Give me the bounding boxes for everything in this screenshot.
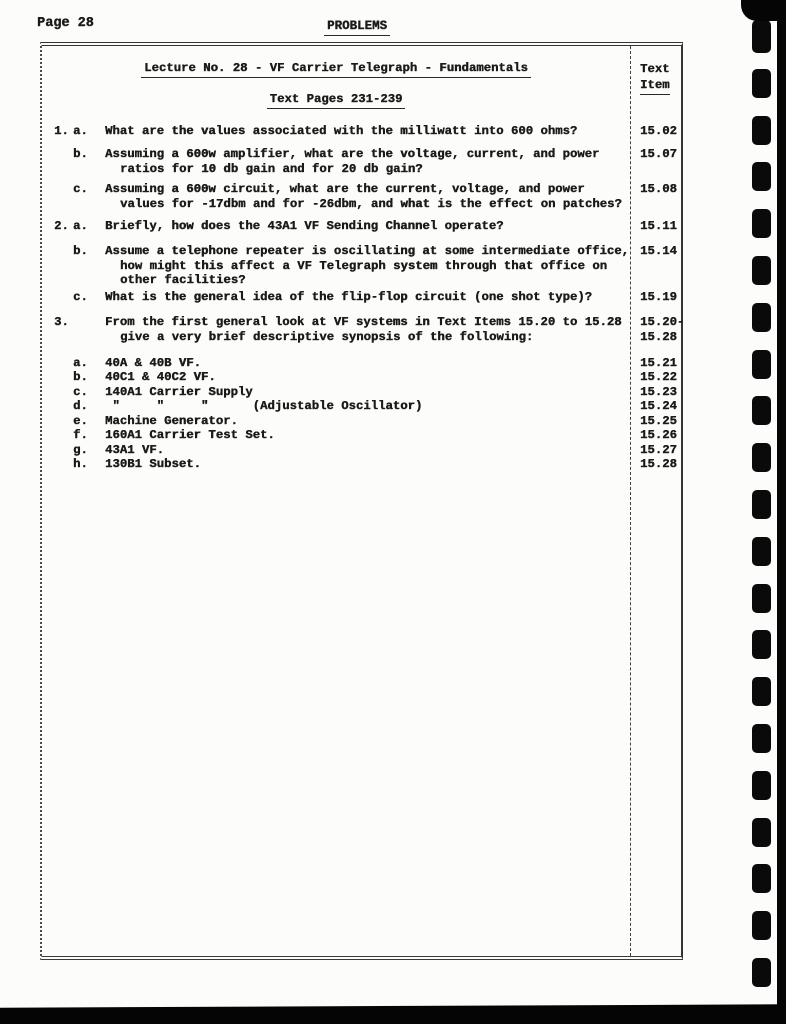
binding-hole <box>752 537 771 566</box>
problem-row-1c-cont: values for -17dbm and for -26dbm, and wh… <box>42 197 681 212</box>
question-text: Assume a telephone repeater is oscillati… <box>105 244 629 259</box>
binding-hole <box>752 818 771 847</box>
question-text: 40A & 40B VF. <box>105 356 201 371</box>
problem-row-3e: e.Machine Generator.15.25 <box>42 414 681 429</box>
question-text: give a very brief descriptive synopsis o… <box>120 330 533 345</box>
problem-row-1c: c.Assuming a 600w circuit, what are the … <box>42 182 681 197</box>
question-text: Assuming a 600w circuit, what are the cu… <box>105 182 585 197</box>
problem-row-3f: f.160A1 Carrier Test Set.15.26 <box>42 428 681 443</box>
text-item-ref: 15.08 <box>640 182 677 197</box>
problem-row-2a: 2.a.Briefly, how does the 43A1 VF Sendin… <box>42 219 681 234</box>
item-column-header-line2: Item <box>640 77 670 95</box>
question-text: 43A1 VF. <box>105 443 164 458</box>
question-text: What is the general idea of the flip-flo… <box>105 290 592 305</box>
problem-row-3a: a.40A & 40B VF.15.21 <box>42 356 681 371</box>
question-letter: g. <box>73 443 88 458</box>
binding-holes-column <box>752 0 772 1024</box>
binding-hole <box>752 584 771 613</box>
question-text: 130B1 Subset. <box>105 457 201 472</box>
item-column-header: Text Item <box>640 61 670 95</box>
question-number: 3. <box>54 315 69 330</box>
binding-hole <box>752 69 771 98</box>
question-text: how might this affect a VF Telegraph sys… <box>120 259 607 274</box>
question-text: 140A1 Carrier Supply <box>105 385 253 400</box>
question-text: Briefly, how does the 43A1 VF Sending Ch… <box>105 219 503 234</box>
text-item-ref: 15.27 <box>640 443 677 458</box>
text-item-ref: 15.20- <box>640 315 684 330</box>
text-item-ref: 15.02 <box>640 124 677 139</box>
question-letter: c. <box>73 182 88 197</box>
binding-hole <box>752 303 771 332</box>
problem-row-3-cont: give a very brief descriptive synopsis o… <box>42 330 681 345</box>
binding-hole <box>752 116 771 145</box>
question-text: From the first general look at VF system… <box>105 315 622 330</box>
binding-hole <box>752 490 771 519</box>
binding-hole <box>752 864 771 893</box>
question-number: 2. <box>54 219 69 234</box>
binding-hole <box>752 630 771 659</box>
question-letter: d. <box>73 399 88 414</box>
binding-hole <box>752 396 771 425</box>
scan-edge-bottom <box>0 1004 786 1024</box>
problem-row-2b: b.Assume a telephone repeater is oscilla… <box>42 244 681 259</box>
question-letter: c. <box>73 290 88 305</box>
text-item-ref: 15.07 <box>640 147 677 162</box>
question-number: 1. <box>54 124 69 139</box>
text-item-ref: 15.23 <box>640 385 677 400</box>
problem-row-3b: b.40C1 & 40C2 VF.15.22 <box>42 370 681 385</box>
question-text: " " " (Adjustable Oscillator) <box>105 399 422 414</box>
question-letter: c. <box>73 385 88 400</box>
binding-hole <box>752 162 771 191</box>
question-text: other facilities? <box>120 273 245 288</box>
scanned-document-page: Page 28 PROBLEMS Lecture No. 28 - VF Car… <box>0 0 786 1024</box>
binding-hole <box>752 350 771 379</box>
binding-hole <box>752 443 771 472</box>
binding-hole <box>752 677 771 706</box>
text-item-ref: 15.26 <box>640 428 677 443</box>
problem-row-3: 3.From the first general look at VF syst… <box>42 315 681 330</box>
binding-hole <box>752 209 771 238</box>
text-item-ref: 15.21 <box>640 356 677 371</box>
question-letter: a. <box>73 219 88 234</box>
problem-row-3h: h.130B1 Subset.15.28 <box>42 457 681 472</box>
question-text: What are the values associated with the … <box>105 124 577 139</box>
question-letter: f. <box>73 428 88 443</box>
binding-hole <box>752 911 771 940</box>
binding-hole <box>752 771 771 800</box>
problem-row-1a: 1.a.What are the values associated with … <box>42 124 681 139</box>
binding-hole <box>752 256 771 285</box>
text-item-ref: 15.11 <box>640 219 677 234</box>
question-text: Machine Generator. <box>105 414 238 429</box>
question-text: values for -17dbm and for -26dbm, and wh… <box>120 197 622 212</box>
problem-row-1b: b.Assuming a 600w amplifier, what are th… <box>42 147 681 162</box>
question-letter: b. <box>73 244 88 259</box>
problem-row-3g: g.43A1 VF.15.27 <box>42 443 681 458</box>
question-letter: b. <box>73 147 88 162</box>
question-letter: h. <box>73 457 88 472</box>
lecture-title: Lecture No. 28 - VF Carrier Telegraph - … <box>42 61 630 78</box>
text-item-ref: 15.19 <box>640 290 677 305</box>
problem-row-3d: d. " " " (Adjustable Oscillator)15.24 <box>42 399 681 414</box>
text-item-ref: 15.28 <box>640 330 677 345</box>
question-text: 40C1 & 40C2 VF. <box>105 370 216 385</box>
problem-row-2b-cont2: other facilities? <box>42 273 681 288</box>
item-column-header-line1: Text <box>640 61 670 77</box>
scan-edge-right <box>777 0 786 1024</box>
text-item-ref: 15.25 <box>640 414 677 429</box>
problem-row-2c: c.What is the general idea of the flip-f… <box>42 290 681 305</box>
question-letter: a. <box>73 356 88 371</box>
question-text: ratios for 10 db gain and for 20 db gain… <box>120 162 423 177</box>
text-item-ref: 15.28 <box>640 457 677 472</box>
text-item-ref: 15.14 <box>640 244 677 259</box>
binding-hole <box>752 20 771 53</box>
problem-row-1b-cont: ratios for 10 db gain and for 20 db gain… <box>42 162 681 177</box>
question-letter: b. <box>73 370 88 385</box>
binding-hole <box>752 724 771 753</box>
problem-row-3c: c.140A1 Carrier Supply15.23 <box>42 385 681 400</box>
question-text: 160A1 Carrier Test Set. <box>105 428 275 443</box>
problem-row-2b-cont: how might this affect a VF Telegraph sys… <box>42 259 681 274</box>
problems-heading-text: PROBLEMS <box>324 19 390 36</box>
text-pages-subtitle: Text Pages 231-239 <box>42 92 630 109</box>
question-letter: e. <box>73 414 88 429</box>
text-item-ref: 15.24 <box>640 399 677 414</box>
binding-hole <box>752 958 771 987</box>
question-letter: a. <box>73 124 88 139</box>
question-text: Assuming a 600w amplifier, what are the … <box>105 147 599 162</box>
problems-table-box: Lecture No. 28 - VF Carrier Telegraph - … <box>40 42 683 960</box>
problems-heading: PROBLEMS <box>0 19 714 36</box>
text-item-ref: 15.22 <box>640 370 677 385</box>
